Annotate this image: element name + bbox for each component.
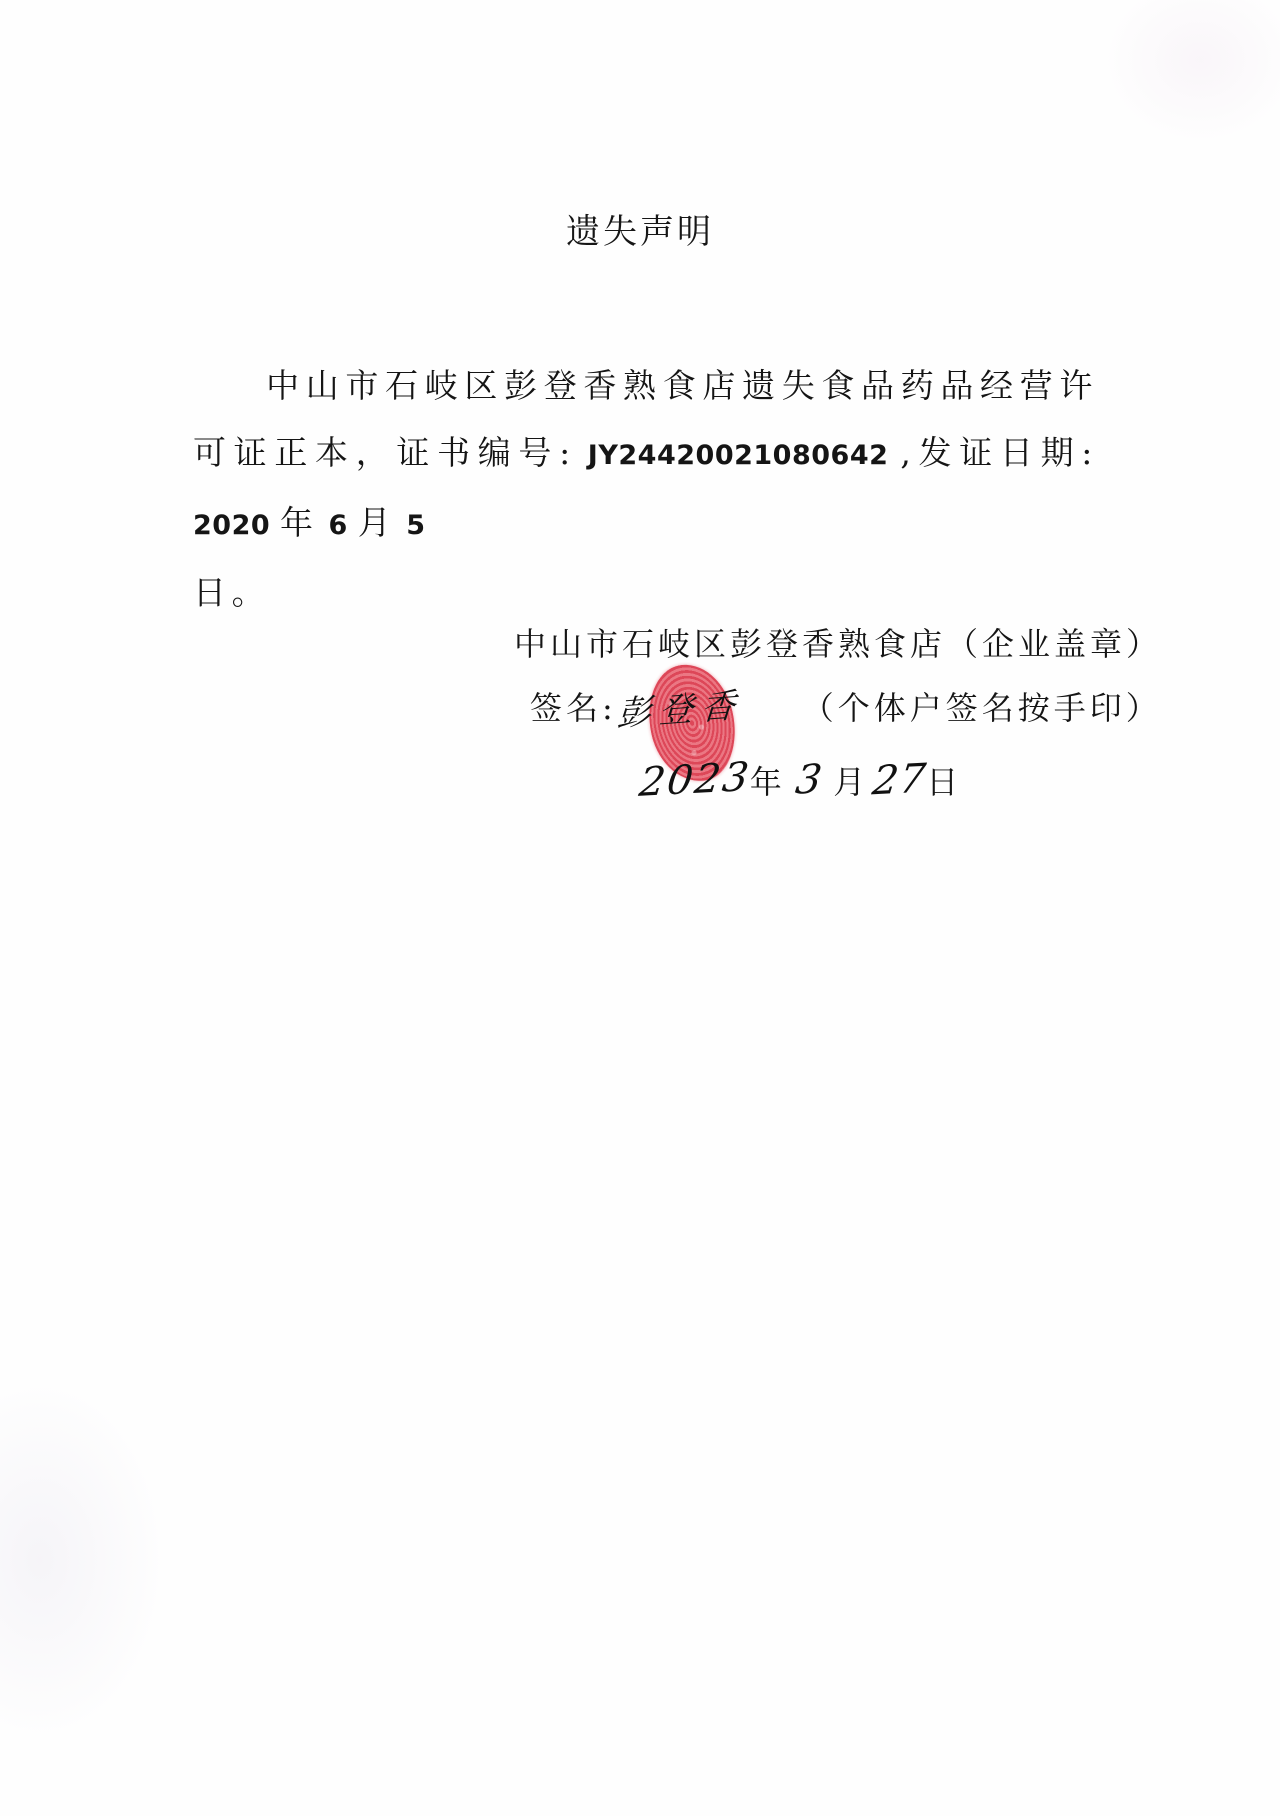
date-day-char: 日 (926, 763, 958, 801)
signature-note: （个体户签名按手印） (802, 688, 1162, 728)
body-text-segment-2: ,发证日期: (900, 433, 1098, 472)
date-day-handwritten: 27 (870, 757, 929, 804)
issue-day: 5 (396, 510, 425, 541)
signature-date: 2023年3月27日 (640, 758, 958, 804)
issue-year: 2020 (193, 510, 280, 541)
date-month-handwritten: 3 (793, 757, 824, 802)
certificate-number: JY24420021080642 (576, 440, 901, 471)
declaration-body: 中山市石岐区彭登香熟食店遗失食品药品经营许可证正本，证书编号: JY244200… (193, 352, 1098, 626)
company-seal-line: 中山市石岐区彭登香熟食店（企业盖章） (514, 624, 1162, 664)
issue-year-char: 年 (280, 503, 319, 542)
document-page: 遗失声明 中山市石岐区彭登香熟食店遗失食品药品经营许可证正本，证书编号: JY2… (0, 0, 1280, 1816)
signature-label: 签名: (530, 688, 617, 728)
handwritten-signature: 彭登香 (616, 681, 803, 734)
signature-line: 签名:彭登香（个体户签名按手印） (530, 688, 1162, 728)
date-year-char: 年 (750, 763, 782, 801)
date-year-handwritten: 2023 (637, 755, 753, 805)
date-month-char: 月 (833, 763, 865, 801)
issue-month-char: 月 (358, 503, 397, 542)
issue-month: 6 (319, 510, 358, 541)
document-title: 遗失声明 (0, 212, 1280, 252)
body-text-segment-3: 日。 (193, 573, 270, 612)
